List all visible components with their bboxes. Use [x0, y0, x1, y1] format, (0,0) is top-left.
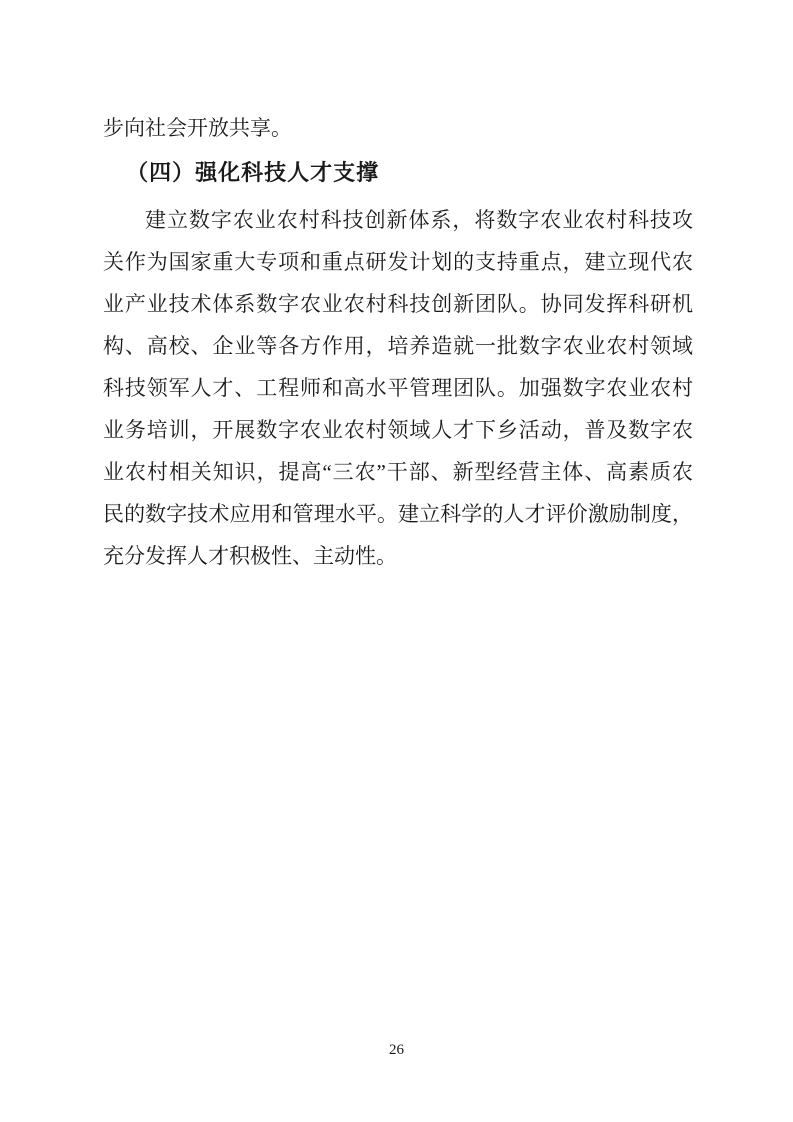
paragraph: 建立数字农业农村科技创新体系，将数字农业农村科技攻 关作为国家重大专项和重点研发…: [103, 199, 693, 577]
paragraph-line: 充分发挥人才积极性、主动性。: [103, 535, 693, 577]
section-heading: （四）强化科技人才支撑: [103, 152, 693, 194]
paragraph-line: 业农村相关知识，提高“三农”干部、新型经营主体、高素质农: [103, 451, 693, 493]
page-number: 26: [0, 1042, 793, 1059]
paragraph-line: 关作为国家重大专项和重点研发计划的支持重点，建立现代农: [103, 241, 693, 283]
text-block: 步向社会开放共享。 （四）强化科技人才支撑 建立数字农业农村科技创新体系，将数字…: [103, 107, 693, 577]
continuation-text-line: 步向社会开放共享。: [103, 107, 693, 149]
paragraph-line: 科技领军人才、工程师和高水平管理团队。加强数字农业农村: [103, 367, 693, 409]
paragraph-line: 民的数字技术应用和管理水平。建立科学的人才评价激励制度，: [103, 493, 693, 535]
paragraph-line: 业产业技术体系数字农业农村科技创新团队。协同发挥科研机: [103, 283, 693, 325]
document-page: 步向社会开放共享。 （四）强化科技人才支撑 建立数字农业农村科技创新体系，将数字…: [0, 0, 793, 1122]
paragraph-line: 业务培训，开展数字农业农村领域人才下乡活动，普及数字农: [103, 409, 693, 451]
paragraph-line: 建立数字农业农村科技创新体系，将数字农业农村科技攻: [103, 199, 693, 241]
paragraph-line: 构、高校、企业等各方作用，培养造就一批数字农业农村领域: [103, 325, 693, 367]
